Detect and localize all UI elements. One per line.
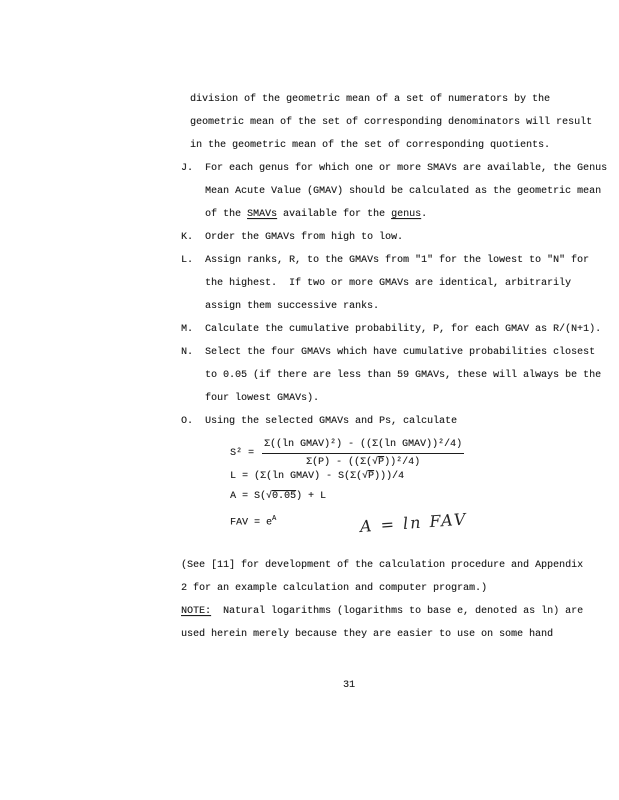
list-item-M: M.Calculate the cumulative probability, … bbox=[180, 318, 600, 341]
line-text: assign them successive ranks. bbox=[205, 301, 379, 312]
formula-text: )))/4 bbox=[374, 471, 404, 482]
line-text: 2 for an example calculation and compute… bbox=[181, 583, 487, 594]
exponent: A bbox=[272, 515, 276, 523]
formula-text: L = (Σ(ln GMAV) - S(Σ(√ bbox=[230, 471, 368, 482]
item-label: N. bbox=[181, 341, 193, 364]
item-label: K. bbox=[181, 226, 193, 249]
line-text-post: . bbox=[421, 209, 427, 220]
list-item-L: L.Assign ranks, R, to the GMAVs from "1"… bbox=[180, 249, 600, 272]
line-text: division of the geometric mean of a set … bbox=[190, 94, 550, 105]
underlined-term-genus: genus bbox=[391, 209, 421, 220]
item-label: O. bbox=[181, 410, 193, 433]
line-text: Select the four GMAVs which have cumulat… bbox=[205, 347, 595, 358]
line-text-mid: available for the bbox=[277, 209, 391, 220]
line-text: Using the selected GMAVs and Ps, calcula… bbox=[205, 416, 457, 427]
list-item-N-line2: to 0.05 (if there are less than 59 GMAVs… bbox=[180, 364, 600, 387]
note-line: NOTE: Natural logarithms (logarithms to … bbox=[181, 600, 606, 623]
underlined-term-smavs: SMAVs bbox=[247, 209, 277, 220]
formula-lhs: S² bbox=[230, 448, 242, 459]
note-label: NOTE: bbox=[181, 606, 211, 617]
formula-text: A = S(√ bbox=[230, 491, 272, 502]
line-text: geometric mean of the set of correspondi… bbox=[190, 117, 592, 128]
main-text-block: division of the geometric mean of a set … bbox=[180, 88, 600, 433]
line-text: Assign ranks, R, to the GMAVs from "1" f… bbox=[205, 255, 589, 266]
list-item-N-line3: four lowest GMAVs). bbox=[180, 387, 600, 410]
line-text: Order the GMAVs from high to low. bbox=[205, 232, 403, 243]
paragraph-continuation-line: geometric mean of the set of correspondi… bbox=[180, 111, 600, 134]
item-label: M. bbox=[181, 318, 193, 341]
closing-line: used herein merely because they are easi… bbox=[181, 623, 606, 646]
fraction-numerator: Σ((ln GMAV)²) - ((Σ(ln GMAV))²/4) bbox=[262, 438, 464, 454]
handwritten-annotation: A = ln FAV bbox=[359, 510, 468, 536]
paragraph-continuation-line: division of the geometric mean of a set … bbox=[180, 88, 600, 111]
formula-FAV: FAV = eA bbox=[230, 512, 276, 530]
scanned-document-page: division of the geometric mean of a set … bbox=[0, 0, 619, 800]
line-text: Calculate the cumulative probability, P,… bbox=[205, 324, 601, 335]
line-text: the highest. If two or more GMAVs are id… bbox=[205, 278, 571, 289]
fraction-denominator: Σ(P) - ((Σ(√P))²/4) bbox=[262, 454, 464, 469]
list-item-J-line2: Mean Acute Value (GMAV) should be calcul… bbox=[180, 180, 600, 203]
paragraph-continuation-line: in the geometric mean of the set of corr… bbox=[180, 134, 600, 157]
list-item-J-line3: of the SMAVs available for the genus. bbox=[180, 203, 600, 226]
line-text: to 0.05 (if there are less than 59 GMAVs… bbox=[205, 370, 601, 381]
formula-A: A = S(√0.05) + L bbox=[230, 490, 326, 504]
page-number: 31 bbox=[343, 679, 355, 693]
closing-line: 2 for an example calculation and compute… bbox=[181, 577, 606, 600]
list-item-J: J.For each genus for which one or more S… bbox=[180, 157, 600, 180]
list-item-O: O.Using the selected GMAVs and Ps, calcu… bbox=[180, 410, 600, 433]
line-text: Mean Acute Value (GMAV) should be calcul… bbox=[205, 186, 601, 197]
denominator-pre: Σ(P) - ((Σ(√ bbox=[306, 457, 378, 468]
formula-text: FAV = e bbox=[230, 517, 272, 528]
list-item-L-line2: the highest. If two or more GMAVs are id… bbox=[180, 272, 600, 295]
closing-paragraph: (See [11] for development of the calcula… bbox=[181, 554, 606, 646]
closing-line: (See [11] for development of the calcula… bbox=[181, 554, 606, 577]
fraction: Σ((ln GMAV)²) - ((Σ(ln GMAV))²/4) Σ(P) -… bbox=[262, 438, 464, 469]
line-text: (See [11] for development of the calcula… bbox=[181, 560, 583, 571]
list-item-K: K.Order the GMAVs from high to low. bbox=[180, 226, 600, 249]
line-text-pre: of the bbox=[205, 209, 247, 220]
list-item-N: N.Select the four GMAVs which have cumul… bbox=[180, 341, 600, 364]
denominator-post: ))²/4) bbox=[384, 457, 420, 468]
formula-s-squared: S² = Σ((ln GMAV)²) - ((Σ(ln GMAV))²/4) Σ… bbox=[230, 438, 464, 469]
line-text: four lowest GMAVs). bbox=[205, 393, 319, 404]
item-label: J. bbox=[181, 157, 193, 180]
list-item-L-line3: assign them successive ranks. bbox=[180, 295, 600, 318]
line-text: in the geometric mean of the set of corr… bbox=[190, 140, 550, 151]
line-text: For each genus for which one or more SMA… bbox=[205, 163, 607, 174]
radicand-overline: 0.05 bbox=[272, 491, 296, 502]
line-text: used herein merely because they are easi… bbox=[181, 629, 553, 640]
item-label: L. bbox=[181, 249, 193, 272]
formula-L: L = (Σ(ln GMAV) - S(Σ(√P)))/4 bbox=[230, 470, 404, 484]
line-text: Natural logarithms (logarithms to base e… bbox=[211, 606, 583, 617]
equals-sign: = bbox=[248, 448, 254, 459]
formula-text: ) + L bbox=[296, 491, 326, 502]
